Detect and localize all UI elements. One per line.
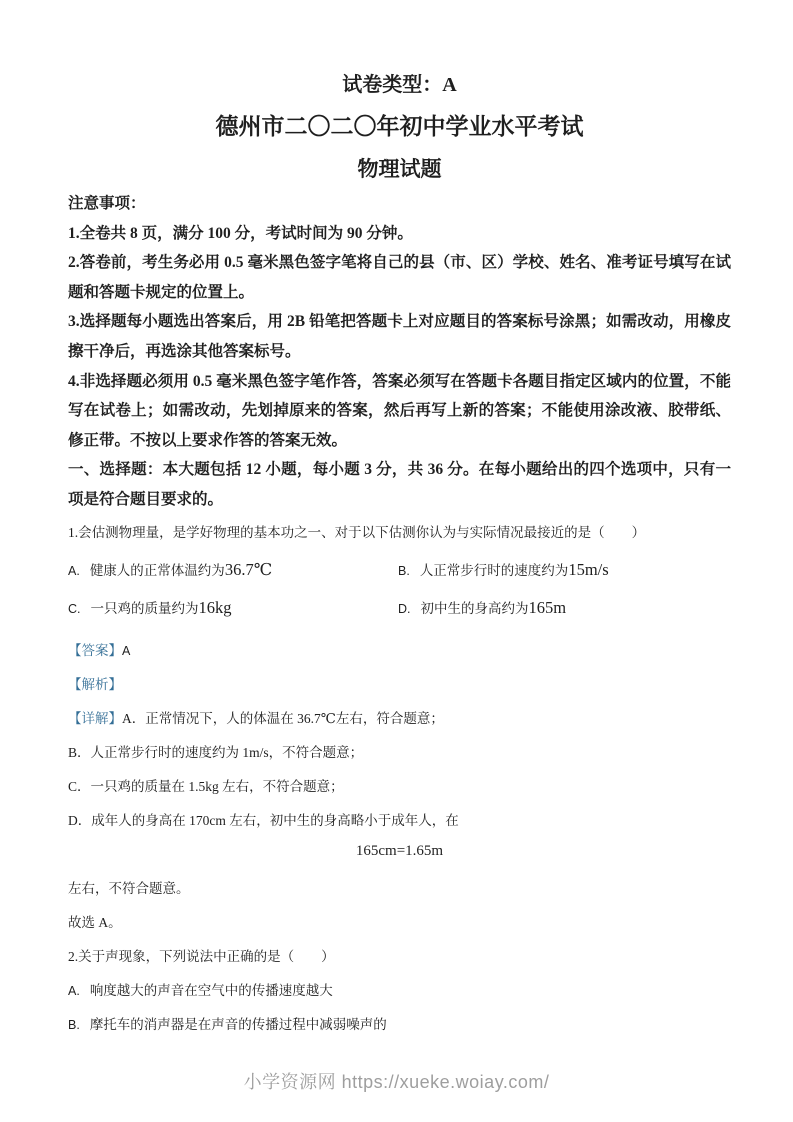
question-1: 1.会估测物理量，是学好物理的基本功之一、对于以下估测你认为与实际情况最接近的是… bbox=[68, 523, 731, 933]
option-c: C.一只鸡的质量约为16kg bbox=[68, 598, 398, 619]
page-title: 德州市二〇二〇年初中学业水平考试 bbox=[68, 112, 731, 142]
option-d: D.初中生的身高约为165m bbox=[398, 598, 731, 619]
question-1-stem: 1.会估测物理量，是学好物理的基本功之一、对于以下估测你认为与实际情况最接近的是… bbox=[68, 523, 731, 543]
question-2-option-a-text: 响度越大的声音在空气中的传播速度越大 bbox=[90, 983, 333, 998]
conclusion-line-2: 故选 A。 bbox=[68, 913, 731, 933]
answer-value: A bbox=[122, 644, 130, 658]
option-d-text: 初中生的身高约为 bbox=[421, 601, 529, 616]
detail-text-a: A．正常情况下，人的体温在 36.7℃左右，符合题意； bbox=[122, 711, 444, 726]
notice-item-3: 3.选择题每小题选出答案后，用 2B 铅笔把答题卡上对应题目的答案标号涂黑；如需… bbox=[68, 307, 731, 366]
analysis-label: 【解析】 bbox=[68, 677, 122, 692]
notice-item-4: 4.非选择题必须用 0.5 毫米黑色签字笔作答，答案必须写在答题卡各题目指定区域… bbox=[68, 367, 731, 456]
question-1-options: A.健康人的正常体温约为36.7℃ B.人正常步行时的速度约为15m/s C.一… bbox=[68, 560, 731, 619]
notice-item-2: 2.答卷前，考生务必用 0.5 毫米黑色签字笔将自己的县（市、区）学校、姓名、准… bbox=[68, 248, 731, 307]
answer-label: 【答案】 bbox=[68, 643, 122, 658]
conclusion-line-1: 左右，不符合题意。 bbox=[68, 879, 731, 899]
notice-item-1: 1.全卷共 8 页，满分 100 分，考试时间为 90 分钟。 bbox=[68, 219, 731, 249]
question-2: 2.关于声现象，下列说法中正确的是（ ） A.响度越大的声音在空气中的传播速度越… bbox=[68, 947, 731, 1035]
notice-heading: 注意事项： bbox=[68, 189, 731, 219]
option-b: B.人正常步行时的速度约为15m/s bbox=[398, 560, 731, 581]
exam-paper-page: 试卷类型：A 德州市二〇二〇年初中学业水平考试 物理试题 注意事项： 1.全卷共… bbox=[68, 0, 731, 1035]
option-a: A.健康人的正常体温约为36.7℃ bbox=[68, 560, 398, 581]
detail-line-a: 【详解】A．正常情况下，人的体温在 36.7℃左右，符合题意； bbox=[68, 709, 731, 729]
option-d-value: 165m bbox=[529, 598, 567, 617]
footer-watermark: 小学资源网 https://xueke.woiay.com/ bbox=[0, 1068, 793, 1094]
option-c-text: 一只鸡的质量约为 bbox=[91, 601, 199, 616]
question-2-option-a: A.响度越大的声音在空气中的传播速度越大 bbox=[68, 981, 731, 1001]
option-a-text: 健康人的正常体温约为 bbox=[90, 563, 225, 578]
detail-line-d: D．成年人的身高在 170cm 左右，初中生的身高略小于成年人，在 bbox=[68, 811, 731, 831]
option-a-label: A. bbox=[68, 564, 80, 578]
option-b-text: 人正常步行时的速度约为 bbox=[420, 563, 569, 578]
option-c-label: C. bbox=[68, 602, 81, 616]
answer-line: 【答案】A bbox=[68, 641, 731, 661]
detail-label: 【详解】 bbox=[68, 711, 122, 726]
question-2-option-b: B.摩托车的消声器是在声音的传播过程中减弱噪声的 bbox=[68, 1015, 731, 1035]
analysis-line: 【解析】 bbox=[68, 675, 731, 695]
page-subtitle: 物理试题 bbox=[68, 155, 731, 183]
section-heading: 一、选择题：本大题包括 12 小题，每小题 3 分，共 36 分。在每小题给出的… bbox=[68, 455, 731, 514]
paper-type-label: 试卷类型：A bbox=[68, 0, 731, 99]
detail-line-b: B．人正常步行时的速度约为 1m/s，不符合题意； bbox=[68, 743, 731, 763]
question-2-option-b-label: B. bbox=[68, 1018, 80, 1032]
option-a-value: 36.7℃ bbox=[225, 560, 272, 579]
question-2-option-b-text: 摩托车的消声器是在声音的传播过程中减弱噪声的 bbox=[90, 1017, 387, 1032]
formula: 165cm=1.65m bbox=[68, 841, 731, 861]
option-d-label: D. bbox=[398, 602, 411, 616]
option-c-value: 16kg bbox=[199, 598, 232, 617]
option-b-value: 15m/s bbox=[568, 560, 608, 579]
question-2-option-a-label: A. bbox=[68, 984, 80, 998]
option-b-label: B. bbox=[398, 564, 410, 578]
notice-section: 注意事项： 1.全卷共 8 页，满分 100 分，考试时间为 90 分钟。 2.… bbox=[68, 189, 731, 515]
detail-line-c: C．一只鸡的质量在 1.5kg 左右，不符合题意； bbox=[68, 777, 731, 797]
question-2-stem: 2.关于声现象，下列说法中正确的是（ ） bbox=[68, 947, 731, 967]
